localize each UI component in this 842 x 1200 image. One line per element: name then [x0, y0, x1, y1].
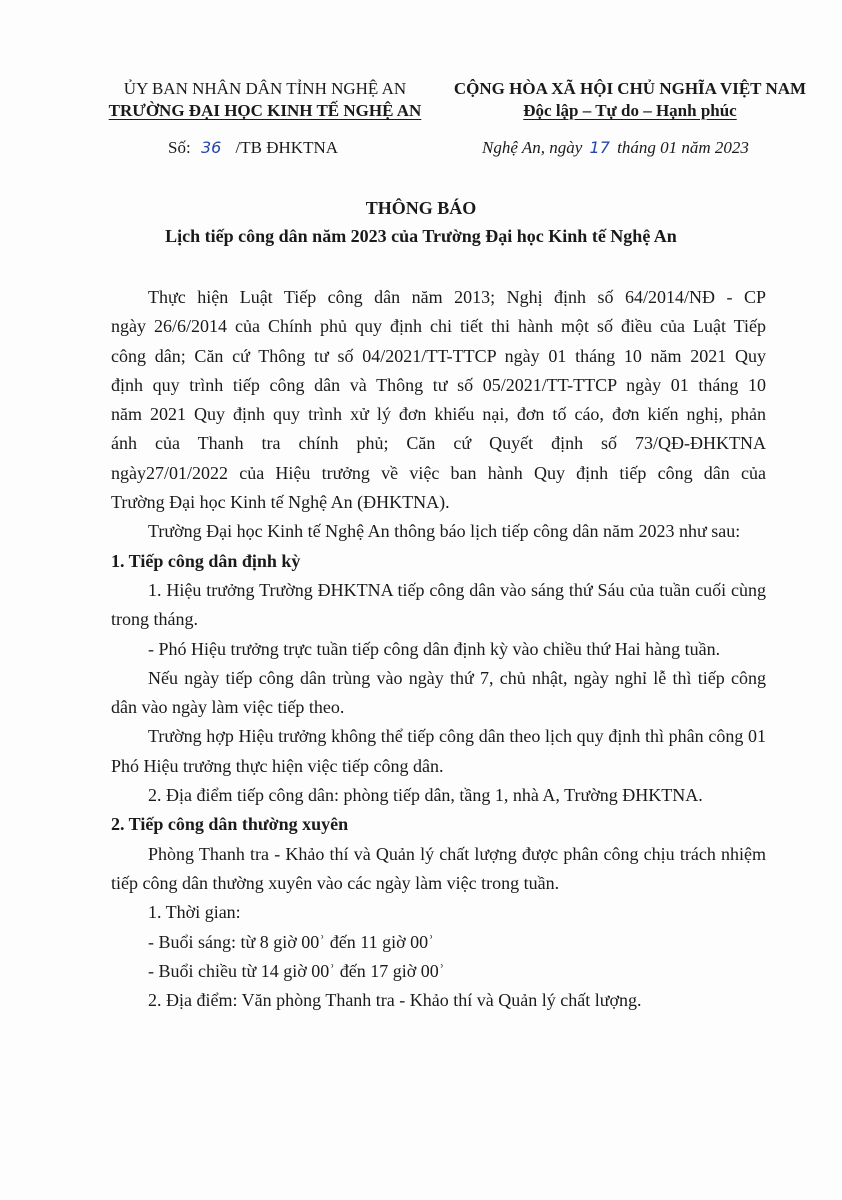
national-motto-text: Độc lập – Tự do – Hạnh phúc [523, 101, 736, 120]
section-2-heading: 2. Tiếp công dân thường xuyên [111, 810, 766, 839]
intro-line: định quy trình tiếp công dân và Thông tư… [111, 371, 766, 400]
section-2-afternoon: - Buổi chiều từ 14 giờ 00ʾ đến 17 giờ 00… [111, 957, 766, 986]
number-suffix: /TB ĐHKTNA [236, 138, 338, 157]
authority-name: ỦY BAN NHÂN DÂN TỈNH NGHỆ AN [100, 78, 430, 100]
section-2-morning: - Buổi sáng: từ 8 giờ 00ʾ đến 11 giờ 00ʾ [111, 928, 766, 957]
section-2-location: 2. Địa điểm: Văn phòng Thanh tra - Khảo … [111, 986, 766, 1015]
intro-line: công dân; Căn cứ Thông tư số 04/2021/TT-… [111, 342, 766, 371]
school-name-text: TRƯỜNG ĐẠI HỌC KINH TẾ NGHỆ AN [109, 101, 422, 120]
document-title: THÔNG BÁO [100, 198, 742, 219]
document-body: Thực hiện Luật Tiếp công dân năm 2013; N… [111, 283, 766, 1015]
section-2-responsible: Phòng Thanh tra - Khảo thí và Quản lý ch… [111, 840, 766, 899]
document-page: ỦY BAN NHÂN DÂN TỈNH NGHỆ AN TRƯỜNG ĐẠI … [0, 0, 842, 1200]
date-prefix: Nghệ An, ngày [482, 138, 582, 157]
intro-line: Thực hiện Luật Tiếp công dân năm 2013; N… [111, 283, 766, 312]
intro-line: ngày27/01/2022 của Hiệu trưởng về việc b… [111, 459, 766, 488]
section-2-time-label: 1. Thời gian: [111, 898, 766, 927]
section-1-holiday-rule: Nếu ngày tiếp công dân trùng vào ngày th… [111, 664, 766, 723]
school-name: TRƯỜNG ĐẠI HỌC KINH TẾ NGHỆ AN [100, 100, 430, 122]
country-name: CỘNG HÒA XÃ HỘI CHỦ NGHĨA VIỆT NAM [440, 78, 820, 100]
issue-date: Nghệ An, ngày 17 tháng 01 năm 2023 [482, 137, 749, 159]
section-1-heading: 1. Tiếp công dân định kỳ [111, 547, 766, 576]
section-1-item-1: 1. Hiệu trưởng Trường ĐHKTNA tiếp công d… [111, 576, 766, 635]
document-number: Số: 36 /TB ĐHKTNA [168, 137, 338, 159]
section-1-item-2: 2. Địa điểm tiếp công dân: phòng tiếp dâ… [111, 781, 766, 810]
intro-line: năm 2021 Quy định quy trình xử lý đơn kh… [111, 400, 766, 429]
document-subtitle: Lịch tiếp công dân năm 2023 của Trường Đ… [100, 226, 742, 247]
intro-line: ánh của Thanh tra chính phủ; Căn cứ Quyế… [111, 429, 766, 458]
section-1-fallback-rule: Trường hợp Hiệu trưởng không thể tiếp cô… [111, 722, 766, 781]
date-suffix: tháng 01 năm 2023 [617, 138, 749, 157]
handwritten-day: 17 [590, 138, 610, 157]
intro-line: ngày 26/6/2014 của Chính phủ quy định ch… [111, 312, 766, 341]
handwritten-number: 36 [201, 138, 221, 157]
number-prefix: Số: [168, 138, 191, 157]
intro-line: Trường Đại học Kinh tế Nghệ An (ĐHKTNA). [111, 488, 766, 517]
announcement-line: Trường Đại học Kinh tế Nghệ An thông báo… [111, 517, 766, 546]
section-1-vice-rector: - Phó Hiệu trưởng trực tuần tiếp công dâ… [111, 635, 766, 664]
national-motto: Độc lập – Tự do – Hạnh phúc [440, 100, 820, 122]
